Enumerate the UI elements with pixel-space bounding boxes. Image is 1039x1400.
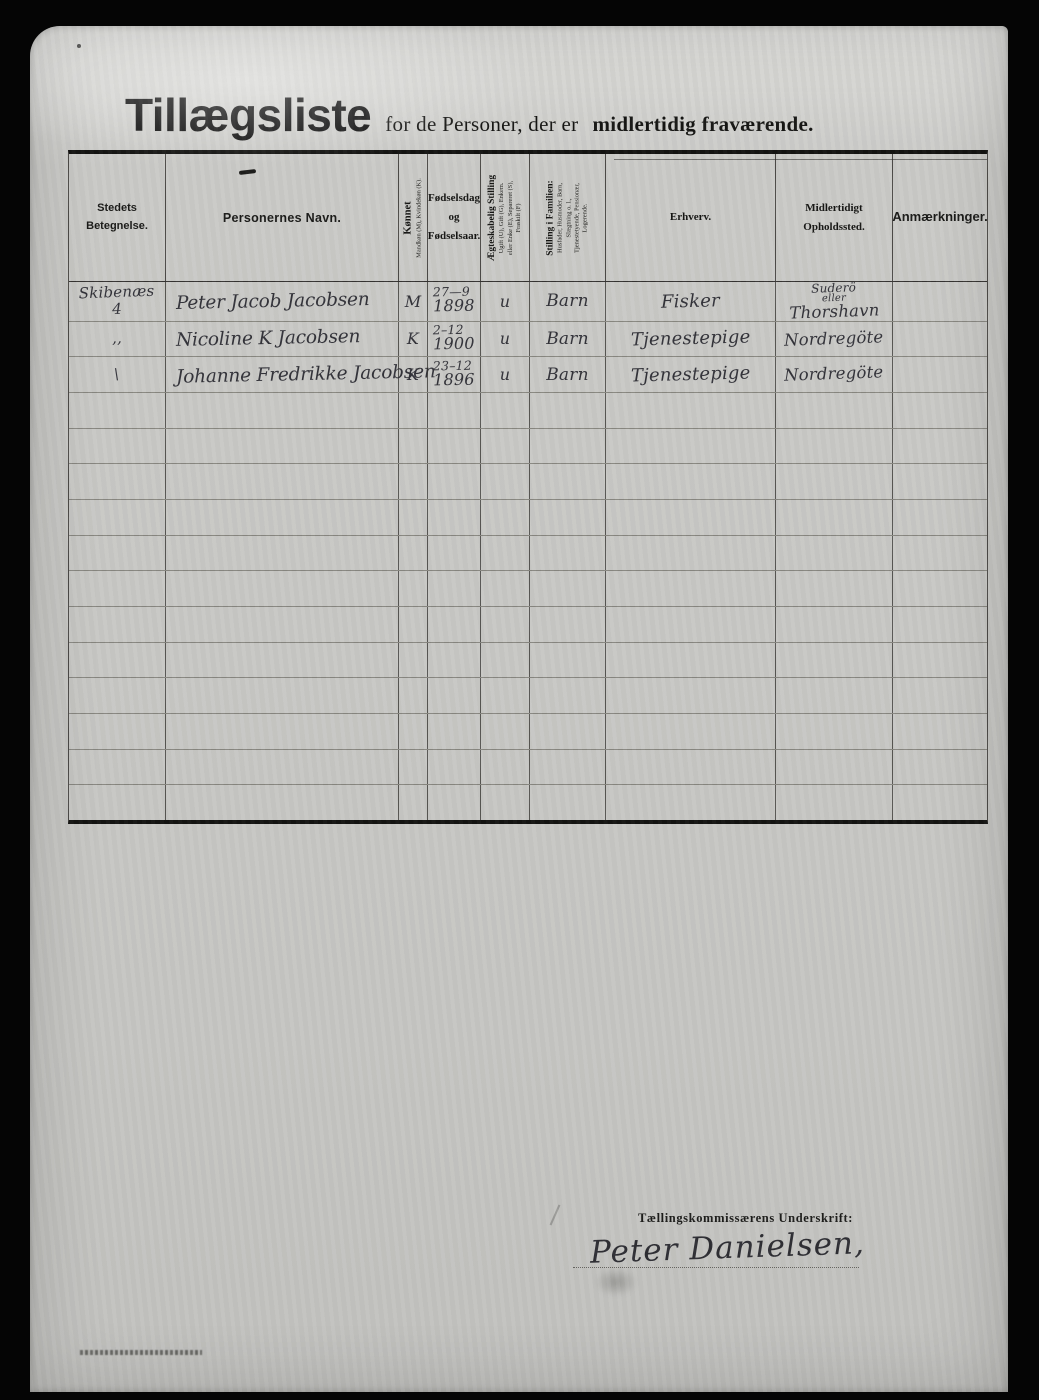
birth-year: 1898 <box>433 298 475 316</box>
empty-cell <box>776 464 893 499</box>
printer-imprint <box>80 1350 202 1355</box>
family-value: Barn <box>546 365 589 385</box>
empty-cell <box>776 429 893 464</box>
cell-birth: 27—9 1898 <box>428 282 481 321</box>
empty-cell <box>399 393 428 428</box>
family-value: Barn <box>546 329 589 349</box>
residence-main: Thorshavn <box>789 302 880 322</box>
empty-cell <box>776 678 893 713</box>
census-table: Stedets Betegnelse. Personernes Navn. Kø… <box>68 150 988 824</box>
empty-cell <box>606 714 776 749</box>
cell-occupation: Tjenestepige <box>606 322 776 357</box>
birth-year: 1900 <box>433 336 475 354</box>
family-header-main: Stilling i Familien: <box>545 156 556 280</box>
empty-cell <box>893 571 987 606</box>
cell-marital: u <box>481 322 530 357</box>
empty-cell <box>530 500 606 535</box>
cell-place: Skibenæs 4 <box>69 282 166 321</box>
occupation-value: Tjenestepige <box>631 327 751 351</box>
cell-sex: M <box>399 282 428 321</box>
empty-cell <box>893 464 987 499</box>
sex-header-sub: Mandkøn (M), Kvindekøn (K). <box>415 156 423 280</box>
table-row: ,, Nicoline K Jacobsen K 2–12 1900 u <box>69 322 987 358</box>
table-header-row: Stedets Betegnelse. Personernes Navn. Kø… <box>69 154 987 282</box>
empty-cell <box>893 393 987 428</box>
col-header-sex: Kønnet Mandkøn (M), Kvindekøn (K). <box>399 154 428 281</box>
place-number: 4 <box>112 300 122 318</box>
place-name: \ <box>114 365 120 383</box>
empty-cell <box>166 785 399 820</box>
empty-cell <box>166 714 399 749</box>
table-row-empty <box>69 571 987 607</box>
col-header-place-label: Stedets Betegnelse. <box>86 200 148 235</box>
empty-cell <box>530 607 606 642</box>
empty-cell <box>481 785 530 820</box>
pen-scratch-mark <box>550 1205 561 1226</box>
empty-cell <box>893 714 987 749</box>
empty-cell <box>606 571 776 606</box>
empty-cell <box>776 607 893 642</box>
empty-cell <box>69 571 166 606</box>
empty-cell <box>606 429 776 464</box>
empty-cell <box>399 464 428 499</box>
empty-cell <box>166 607 399 642</box>
empty-cell <box>481 536 530 571</box>
form-title-mid: for de Personer, der er <box>385 112 578 137</box>
empty-cell <box>166 678 399 713</box>
empty-cell <box>606 464 776 499</box>
col-header-occupation: Erhverv. <box>606 154 776 281</box>
empty-cell <box>481 500 530 535</box>
paper-sheet: Tillægsliste for de Personer, der er mid… <box>30 26 1008 1392</box>
scanned-census-form: { "page": { "title_main": "Tillægsliste"… <box>0 0 1039 1400</box>
cell-sex: K <box>399 322 428 357</box>
place-name: ,, <box>112 329 123 347</box>
cell-birth: 2–12 1900 <box>428 322 481 357</box>
cell-occupation: Fisker <box>606 282 776 321</box>
empty-cell <box>606 536 776 571</box>
marital-header-main: Ægteskabelig Stilling <box>487 156 498 280</box>
birth-year: 1896 <box>433 371 475 389</box>
empty-cell <box>69 464 166 499</box>
table-row-empty <box>69 536 987 572</box>
empty-cell <box>606 678 776 713</box>
cell-marital: u <box>481 282 530 321</box>
empty-cell <box>893 607 987 642</box>
empty-cell <box>606 785 776 820</box>
table-body: Skibenæs 4 Peter Jacob Jacobsen M 27—9 1… <box>69 282 987 820</box>
col-header-family: Stilling i Familien: Husfader, Husmoder,… <box>530 154 606 281</box>
cell-family: Barn <box>530 282 606 321</box>
empty-cell <box>893 678 987 713</box>
col-header-name-label: Personernes Navn. <box>223 208 341 228</box>
empty-cell <box>776 750 893 785</box>
empty-cell <box>428 536 481 571</box>
empty-cell <box>166 536 399 571</box>
cell-marital: u <box>481 357 530 392</box>
col-header-birth-label: Fødselsdag og Fødselsaar. <box>428 189 480 245</box>
cell-place: ,, <box>69 322 166 357</box>
cell-name: Nicoline K Jacobsen <box>166 322 399 357</box>
empty-cell <box>69 714 166 749</box>
cell-family: Barn <box>530 357 606 392</box>
empty-cell <box>893 785 987 820</box>
empty-cell <box>428 571 481 606</box>
col-header-family-vertical: Stilling i Familien: Husfader, Husmoder,… <box>545 156 590 280</box>
col-header-marital-vertical: Ægteskabelig Stilling Ugift (U), Gift (G… <box>487 156 523 280</box>
col-header-remarks: Anmærkninger. <box>893 154 987 281</box>
empty-cell <box>776 714 893 749</box>
col-header-sex-vertical: Kønnet Mandkøn (M), Kvindekøn (K). <box>403 156 424 280</box>
empty-cell <box>428 500 481 535</box>
empty-cell <box>428 643 481 678</box>
empty-cell <box>69 393 166 428</box>
table-row-empty <box>69 464 987 500</box>
cell-family: Barn <box>530 322 606 357</box>
occupation-value: Tjenestepige <box>631 362 751 386</box>
empty-cell <box>166 643 399 678</box>
empty-cell <box>530 536 606 571</box>
cell-sex: K <box>399 357 428 392</box>
marital-header-sub: Ugift (U), Gift (G), Enkem. eller Enke (… <box>498 156 523 280</box>
empty-cell <box>481 571 530 606</box>
empty-cell <box>530 714 606 749</box>
empty-cell <box>530 393 606 428</box>
empty-cell <box>428 429 481 464</box>
empty-cell <box>606 500 776 535</box>
empty-cell <box>399 500 428 535</box>
empty-cell <box>481 714 530 749</box>
empty-cell <box>530 785 606 820</box>
col-header-name: Personernes Navn. <box>166 154 399 281</box>
empty-cell <box>69 643 166 678</box>
table-row-empty <box>69 429 987 465</box>
empty-cell <box>428 785 481 820</box>
cell-remarks <box>893 322 987 357</box>
empty-cell <box>530 571 606 606</box>
empty-cell <box>399 785 428 820</box>
empty-cell <box>776 571 893 606</box>
empty-cell <box>893 500 987 535</box>
table-row-empty <box>69 678 987 714</box>
cell-residence: Nordregöte <box>776 357 893 392</box>
person-name: Peter Jacob Jacobsen <box>176 289 370 314</box>
cell-residence: Nordregöte <box>776 322 893 357</box>
empty-cell <box>776 393 893 428</box>
empty-cell <box>399 714 428 749</box>
empty-cell <box>69 536 166 571</box>
col-header-residence: Midlertidigt Opholdssted. <box>776 154 893 281</box>
empty-cell <box>481 607 530 642</box>
empty-cell <box>530 643 606 678</box>
occupation-value: Fisker <box>661 290 720 313</box>
form-title-bold: midlertidig fraværende. <box>592 112 813 137</box>
empty-cell <box>69 678 166 713</box>
empty-cell <box>530 429 606 464</box>
marital-value: u <box>500 329 511 348</box>
sex-value: K <box>407 329 419 348</box>
family-value: Barn <box>546 291 589 311</box>
table-row-empty <box>69 750 987 786</box>
person-name: Nicoline K Jacobsen <box>176 326 361 351</box>
empty-cell <box>893 750 987 785</box>
col-header-occupation-label: Erhverv. <box>670 208 711 227</box>
empty-cell <box>606 393 776 428</box>
empty-cell <box>606 607 776 642</box>
table-row-empty <box>69 393 987 429</box>
empty-cell <box>428 714 481 749</box>
family-header-sub: Husfader, Husmoder, Barn, Slægtning o. l… <box>557 156 590 280</box>
empty-cell <box>166 429 399 464</box>
sex-value: K <box>407 365 419 384</box>
empty-cell <box>69 500 166 535</box>
col-header-birth: Fødselsdag og Fødselsaar. <box>428 154 481 281</box>
cell-remarks <box>893 357 987 392</box>
sex-header-main: Kønnet <box>403 156 416 280</box>
form-title-main: Tillægsliste <box>125 88 371 142</box>
cell-occupation: Tjenestepige <box>606 357 776 392</box>
empty-cell <box>776 536 893 571</box>
signature-label: Tællingskommissærens Underskrift: <box>638 1211 853 1226</box>
empty-cell <box>530 750 606 785</box>
cell-name: Johanne Fredrikke Jacobsen <box>166 357 399 392</box>
empty-cell <box>166 750 399 785</box>
empty-cell <box>606 750 776 785</box>
table-row-empty <box>69 607 987 643</box>
sex-value: M <box>405 292 422 311</box>
empty-cell <box>69 607 166 642</box>
table-row: \ Johanne Fredrikke Jacobsen K 23–12 189… <box>69 357 987 393</box>
cell-name: Peter Jacob Jacobsen <box>166 282 399 321</box>
col-header-remarks-label: Anmærkninger. <box>892 207 987 228</box>
empty-cell <box>399 750 428 785</box>
empty-cell <box>481 429 530 464</box>
empty-cell <box>166 393 399 428</box>
empty-cell <box>69 429 166 464</box>
empty-cell <box>776 500 893 535</box>
empty-cell <box>428 607 481 642</box>
empty-cell <box>166 500 399 535</box>
empty-cell <box>166 464 399 499</box>
empty-cell <box>481 643 530 678</box>
cell-birth: 23–12 1896 <box>428 357 481 392</box>
empty-cell <box>399 429 428 464</box>
empty-cell <box>428 464 481 499</box>
residence-main: Nordregöte <box>784 365 884 385</box>
table-row-empty <box>69 643 987 679</box>
table-row-empty <box>69 714 987 750</box>
empty-cell <box>776 643 893 678</box>
col-header-residence-label: Midlertidigt Opholdssted. <box>803 199 864 236</box>
empty-cell <box>481 464 530 499</box>
empty-cell <box>399 678 428 713</box>
empty-cell <box>606 643 776 678</box>
person-name: Johanne Fredrikke Jacobsen <box>176 361 436 387</box>
form-title: Tillægsliste for de Personer, der er mid… <box>125 88 814 142</box>
empty-cell <box>399 607 428 642</box>
empty-cell <box>428 393 481 428</box>
empty-cell <box>428 750 481 785</box>
empty-cell <box>776 785 893 820</box>
commissioner-signature: Peter Danielsen, <box>589 1225 865 1271</box>
ink-speck <box>77 44 81 48</box>
col-header-place: Stedets Betegnelse. <box>69 154 166 281</box>
empty-cell <box>69 785 166 820</box>
residence-main: Nordregöte <box>784 329 884 349</box>
empty-cell <box>399 571 428 606</box>
cell-remarks <box>893 282 987 321</box>
empty-cell <box>530 464 606 499</box>
empty-cell <box>893 643 987 678</box>
marital-value: u <box>500 292 511 311</box>
empty-cell <box>481 750 530 785</box>
empty-cell <box>69 750 166 785</box>
table-row-empty <box>69 500 987 536</box>
empty-cell <box>399 643 428 678</box>
cell-residence: Suderö eller Thorshavn <box>776 282 893 321</box>
empty-cell <box>481 393 530 428</box>
empty-cell <box>481 678 530 713</box>
empty-cell <box>893 429 987 464</box>
cell-place: \ <box>69 357 166 392</box>
empty-cell <box>166 571 399 606</box>
empty-cell <box>530 678 606 713</box>
signature-underline <box>573 1267 859 1268</box>
empty-cell <box>428 678 481 713</box>
marital-value: u <box>500 365 511 384</box>
table-row: Skibenæs 4 Peter Jacob Jacobsen M 27—9 1… <box>69 282 987 322</box>
empty-cell <box>399 536 428 571</box>
table-row-empty <box>69 785 987 820</box>
place-name: Skibenæs <box>79 282 155 303</box>
empty-cell <box>893 536 987 571</box>
col-header-marital: Ægteskabelig Stilling Ugift (U), Gift (G… <box>481 154 530 281</box>
